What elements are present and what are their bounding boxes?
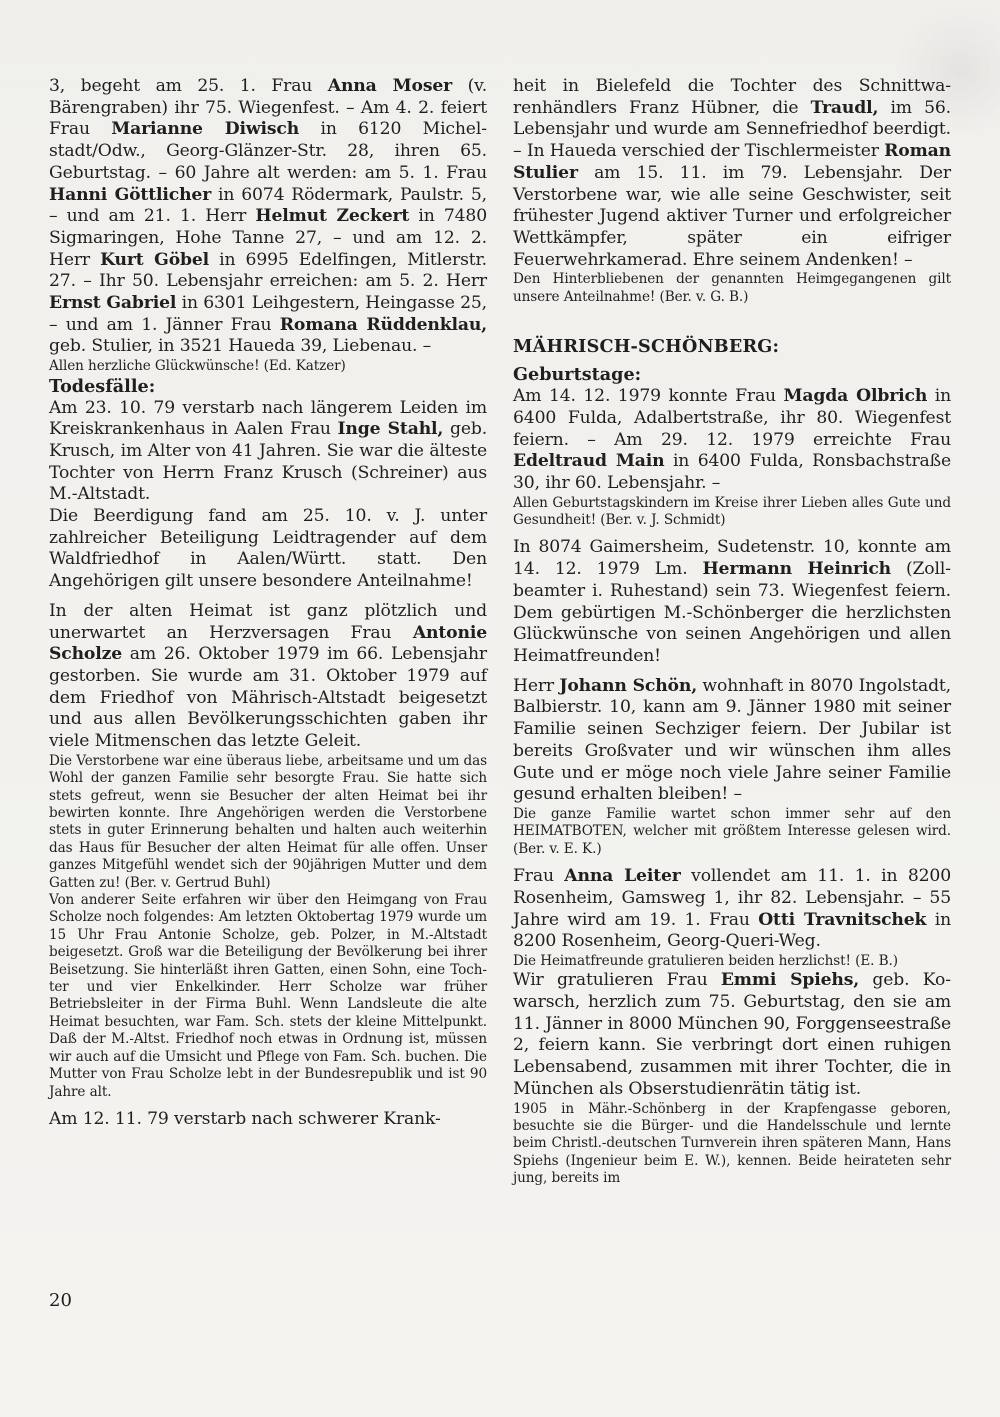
person-name: Inge Stahl, bbox=[338, 419, 444, 439]
obituary-continuation: heit in Bielefeld die Tochter des Schnit… bbox=[513, 76, 951, 271]
deaths-heading: Todesfälle: bbox=[49, 376, 487, 398]
person-name: Hanni Göttlicher bbox=[49, 185, 211, 205]
person-name: Romana Rüddenklau, bbox=[280, 315, 487, 335]
obituary-scholze: In der alten Heimat ist ganz plötzlich u… bbox=[49, 601, 487, 753]
page-number: 20 bbox=[49, 1290, 72, 1312]
person-name: Marianne Diwisch bbox=[111, 119, 299, 139]
scholze-additional-report: Von anderer Seite erfahren wir über den … bbox=[49, 892, 487, 1101]
congratulations-note-eb: Die Heimatfreunde gratulieren beiden her… bbox=[513, 953, 951, 970]
obituary-continuation-start: Am 12. 11. 79 verstarb nach schwerer Kra… bbox=[49, 1109, 487, 1131]
person-name: Johann Schön, bbox=[559, 676, 697, 696]
birthday-announcements-paragraph: 3, begeht am 25. 1. Frau Anna Moser (v. … bbox=[49, 76, 487, 358]
person-name: Ernst Gabriel bbox=[49, 293, 176, 313]
funeral-paragraph: Die Beerdigung fand am 25. 10. v. J. unt… bbox=[49, 506, 487, 593]
person-name: Kurt Göbel bbox=[100, 250, 209, 270]
right-column: heit in Bielefeld die Tochter des Schnit… bbox=[513, 76, 951, 1188]
person-name: Anna Moser bbox=[328, 76, 452, 96]
person-name: Anna Leiter bbox=[564, 866, 680, 886]
person-name: Hermann Heinrich bbox=[702, 559, 891, 579]
congratulations-note: Allen herzliche Glückwünsche! (Ed. Katze… bbox=[49, 358, 487, 375]
person-name: Edeltraud Main bbox=[513, 451, 664, 471]
birthday-schoen: Herr Johann Schön, wohnhaft in 8070 Ingo… bbox=[513, 676, 951, 806]
birthdays-heading: Geburtstage: bbox=[513, 364, 951, 386]
section-heading-maehrisch-schoenberg: MÄHRISCH-SCHÖNBERG: bbox=[513, 336, 951, 358]
scholze-tribute: Die Verstorbene war eine überaus liebe, … bbox=[49, 753, 487, 892]
person-name: Otti Travnit­schek bbox=[758, 910, 926, 930]
birthday-olbrich-main: Am 14. 12. 1979 konnte Frau Magda Olbric… bbox=[513, 386, 951, 495]
person-name: Emmi Spiehs, bbox=[721, 970, 859, 990]
left-column: 3, begeht am 25. 1. Frau Anna Moser (v. … bbox=[49, 76, 487, 1131]
spiehs-biography: 1905 in Mähr.-Schönberg in der Krapfenga… bbox=[513, 1101, 951, 1188]
birthday-note-schmidt: Allen Geburtstagskindern im Kreise ihrer… bbox=[513, 495, 951, 530]
birthday-heinrich: In 8074 Gaimersheim, Sudetenstr. 10, kon… bbox=[513, 537, 951, 667]
condolence-note: Den Hinterbliebenen der genannten Heimge… bbox=[513, 271, 951, 306]
obituary-stahl: Am 23. 10. 79 verstarb nach längerem Lei… bbox=[49, 398, 487, 507]
birthday-leiter-travnitschek: Frau Anna Leiter vollendet am 11. 1. in … bbox=[513, 866, 951, 953]
person-name: Magda Olbrich bbox=[784, 386, 928, 406]
person-name: Traudl, bbox=[811, 98, 879, 118]
birthday-spiehs: Wir gratulieren Frau Emmi Spiehs, geb. K… bbox=[513, 970, 951, 1100]
person-name: Helmut Zeckert bbox=[255, 206, 409, 226]
heimatboten-note: Die ganze Familie wartet schon immer seh… bbox=[513, 806, 951, 858]
